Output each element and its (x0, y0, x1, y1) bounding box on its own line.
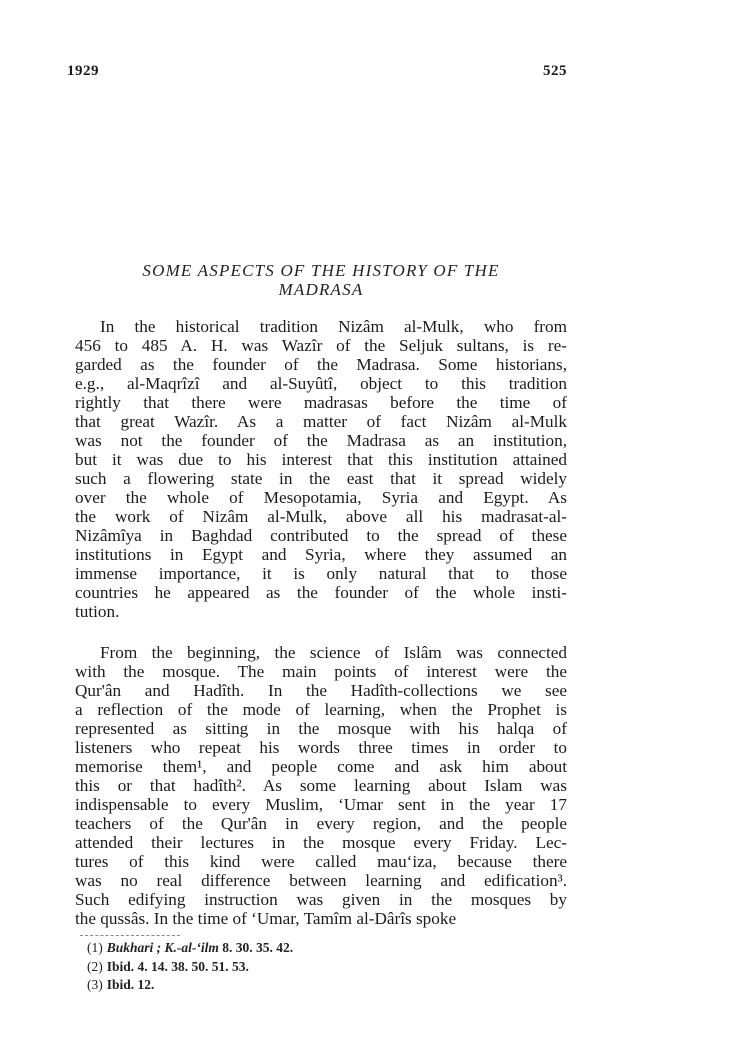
text-line: a reflection of the mode of learning, wh… (75, 700, 567, 719)
article-title-line-1: Some Aspects of the History of the (75, 261, 567, 280)
page-number: 525 (543, 63, 567, 80)
article-title-line-2: Madrasa (75, 280, 567, 299)
text-line: was not the founder of the Madrasa as an… (75, 431, 567, 450)
text-line: indispensable to every Muslim, ‘Umar sen… (75, 795, 567, 814)
footnote-text: 8. 30. 35. 42. (219, 940, 293, 955)
paragraph-1: In the historical tradition Nizâm al-Mul… (75, 317, 567, 621)
text-line: Such edifying instruction was given in t… (75, 890, 567, 909)
paragraph-2: From the beginning, the science of Islâm… (75, 643, 567, 928)
running-head: 1929 525 (67, 63, 567, 83)
text-line: Qur'ân and Hadîth. In the Hadîth-collect… (75, 681, 567, 700)
footnote-number: (3) (87, 977, 103, 992)
text-line: countries he appeared as the founder of … (75, 583, 567, 602)
footnote-2: (2)Ibid. 4. 14. 38. 50. 51. 53. (87, 958, 487, 977)
text-line: the work of Nizâm al-Mulk, above all his… (75, 507, 567, 526)
text-line: with the mosque. The main points of inte… (75, 662, 567, 681)
footnote-italic: Bukhari ; K.-al-‘ilm (107, 940, 219, 955)
text-line: represented as sitting in the mosque wit… (75, 719, 567, 738)
text-line: was no real difference between learning … (75, 871, 567, 890)
text-line: over the whole of Mesopotamia, Syria and… (75, 488, 567, 507)
footnotes: (1)Bukhari ; K.-al-‘ilm 8. 30. 35. 42. (… (87, 939, 487, 995)
text-line: tures of this kind were called mau‘iza, … (75, 852, 567, 871)
footnote-text: Ibid. 12. (107, 977, 155, 992)
text-line: e.g., al-Maqrîzî and al-Suyûtî, object t… (75, 374, 567, 393)
text-line: immense importance, it is only natural t… (75, 564, 567, 583)
text-line: 456 to 485 A. H. was Wazîr of the Seljuk… (75, 336, 567, 355)
text-line: tution. (75, 602, 567, 621)
footnote-3: (3)Ibid. 12. (87, 976, 487, 995)
text-line: such a flowering state in the east that … (75, 469, 567, 488)
footnote-number: (1) (87, 940, 103, 955)
footnote-separator (80, 935, 180, 936)
text-line: institutions in Egypt and Syria, where t… (75, 545, 567, 564)
text-line: the qussâs. In the time of ‘Umar, Tamîm … (75, 909, 567, 928)
text-line: this or that hadîth². As some learning a… (75, 776, 567, 795)
article-body: In the historical tradition Nizâm al-Mul… (75, 317, 567, 928)
document-page: 1929 525 Some Aspects of the History of … (0, 0, 740, 1046)
text-line: Nizâmîya in Baghdad contributed to the s… (75, 526, 567, 545)
text-line: From the beginning, the science of Islâm… (75, 643, 567, 662)
text-line: garded as the founder of the Madrasa. So… (75, 355, 567, 374)
text-line: In the historical tradition Nizâm al-Mul… (75, 317, 567, 336)
footnote-text: Ibid. 4. 14. 38. 50. 51. 53. (107, 959, 249, 974)
text-line: memorise them¹, and people come and ask … (75, 757, 567, 776)
text-line: listeners who repeat his words three tim… (75, 738, 567, 757)
footnote-number: (2) (87, 959, 103, 974)
text-line: that great Wazîr. As a matter of fact Ni… (75, 412, 567, 431)
text-line: teachers of the Qur'ân in every region, … (75, 814, 567, 833)
text-line: rightly that there were madrasas before … (75, 393, 567, 412)
text-line: attended their lectures in the mosque ev… (75, 833, 567, 852)
running-head-year: 1929 (67, 63, 99, 80)
text-line: but it was due to his interest that this… (75, 450, 567, 469)
article-title: Some Aspects of the History of the Madra… (75, 261, 567, 299)
footnote-1: (1)Bukhari ; K.-al-‘ilm 8. 30. 35. 42. (87, 939, 487, 958)
